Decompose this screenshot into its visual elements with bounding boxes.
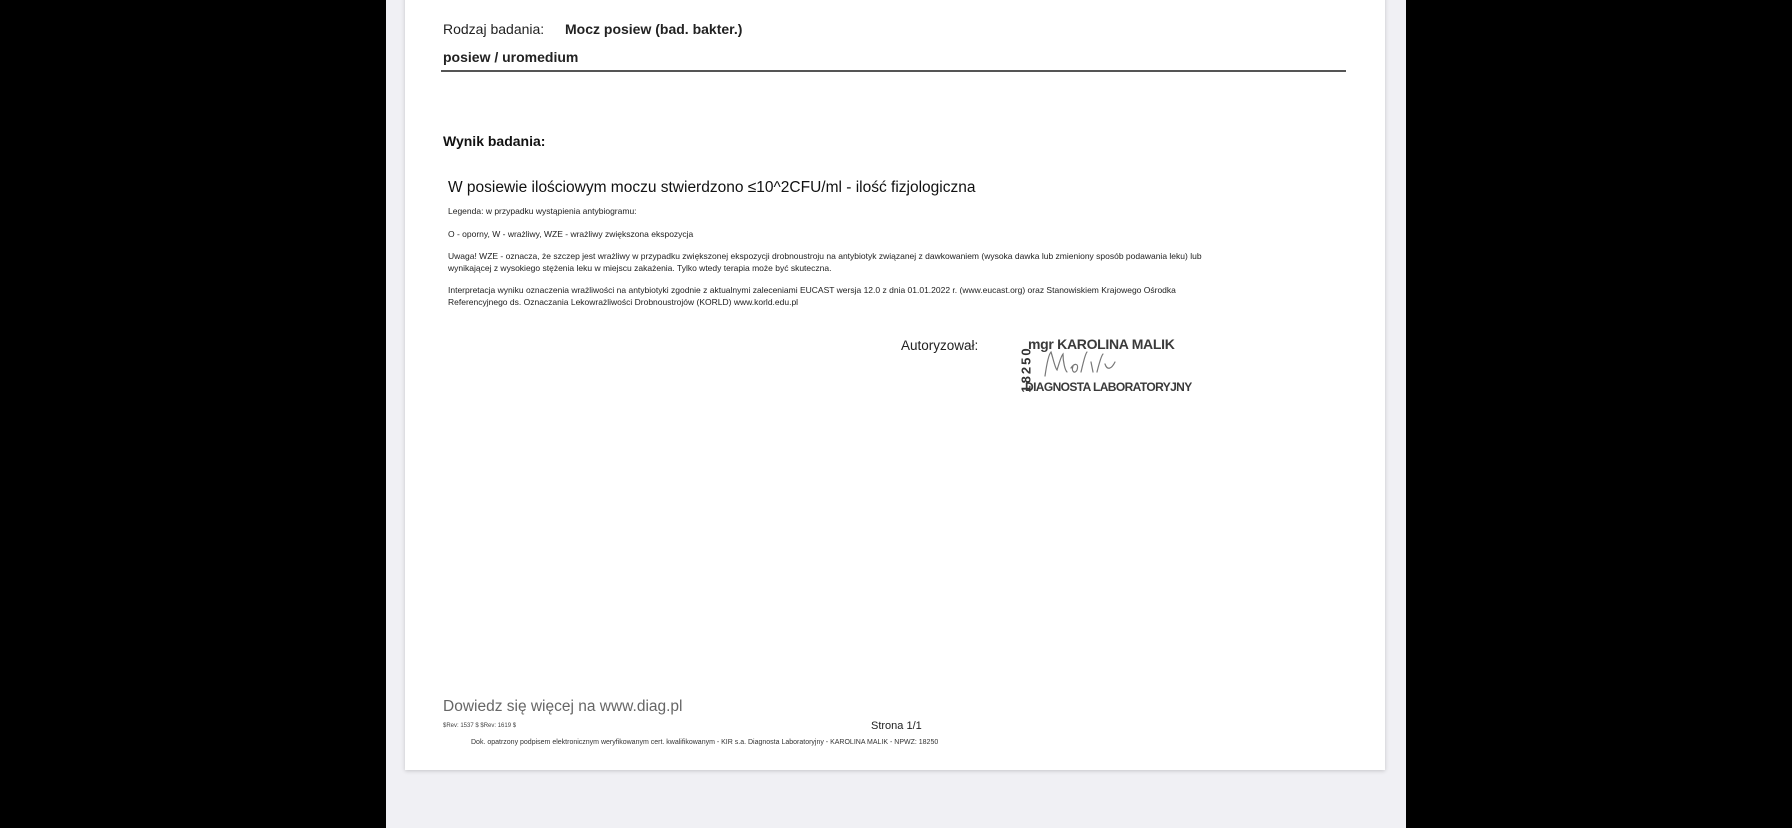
material-label: posiew / uromedium xyxy=(443,49,578,65)
result-text: W posiewie ilościowym moczu stwierdzono … xyxy=(448,179,975,197)
exam-type-value: Mocz posiew (bad. bakter.) xyxy=(565,21,742,37)
more-info-link[interactable]: Dowiedz się więcej na www.diag.pl xyxy=(443,698,683,716)
note-line-2: wynikającej z wysokiego stężenia leku w … xyxy=(448,262,831,274)
signature-note: Dok. opatrzony podpisem elektronicznym w… xyxy=(471,739,938,746)
interpretation-line-2: Referencyjnego ds. Oznaczania Lekowrażli… xyxy=(448,296,798,308)
header-divider xyxy=(441,70,1346,72)
legend-codes: O - oporny, W - wrażliwy, WZE - wrażliwy… xyxy=(448,228,693,240)
authorization-stamp: 18250 mgr KAROLINA MALIK DIAGNOSTA LABOR… xyxy=(1011,334,1211,402)
note-line-1: Uwaga! WZE - oznacza, że szczep jest wra… xyxy=(448,250,1202,262)
interpretation-line-1: Interpretacja wyniku oznaczenia wrażliwo… xyxy=(448,284,1176,296)
result-heading: Wynik badania: xyxy=(443,133,545,149)
signature-icon xyxy=(1041,348,1131,380)
cut-off-header-text xyxy=(441,0,445,5)
exam-type-label: Rodzaj badania: xyxy=(443,21,544,37)
stamp-title: DIAGNOSTA LABORATORYJNY xyxy=(1025,380,1192,394)
document-viewer[interactable]: Rodzaj badania: Mocz posiew (bad. bakter… xyxy=(386,0,1406,828)
revision-text: $Rev: 1537 $ $Rev: 1619 $ xyxy=(443,723,516,729)
page-number: Strona 1/1 xyxy=(871,720,922,732)
legend-intro: Legenda: w przypadku wystąpienia antybio… xyxy=(448,205,637,217)
report-page: Rodzaj badania: Mocz posiew (bad. bakter… xyxy=(405,0,1385,770)
authorized-label: Autoryzował: xyxy=(901,338,978,353)
